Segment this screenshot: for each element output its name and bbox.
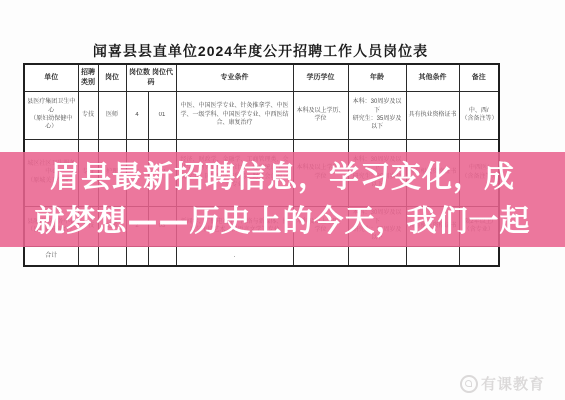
cell-empty — [406, 246, 459, 266]
header-note: 备注 — [459, 64, 499, 91]
header-other: 其他条件 — [406, 64, 459, 91]
table-total-row: 合计 . — [24, 246, 499, 266]
header-unit: 单位 — [24, 64, 78, 91]
promo-banner: 眉县最新招聘信息，学习变化，成 就梦想——历史上的今天，我们一起 — [0, 152, 565, 247]
watermark-logo-icon — [460, 375, 478, 393]
banner-text-line2: 就梦想——历史上的今天，我们一起 — [35, 200, 531, 244]
cell-empty — [348, 246, 406, 266]
banner-text-line1: 眉县最新招聘信息，学习变化，成 — [50, 156, 515, 200]
cell-empty — [293, 246, 348, 266]
cell-major: . — [176, 246, 293, 266]
cell-other: 具有执业资格证书 — [406, 91, 459, 139]
header-age: 年龄 — [348, 64, 406, 91]
cell-empty — [148, 246, 176, 266]
table-header-row: 单位 招聘 类别 岗位 岗位数 岗位代码 专业条件 学历学位 年龄 其他条件 备… — [24, 64, 499, 91]
cell-empty — [78, 246, 98, 266]
header-post: 岗位 — [98, 64, 126, 91]
table-row: 县医疗集团卫生中心 （原妇幼保健中心） 专技 医师 4 01 中医、中国医学专业… — [24, 91, 499, 139]
cell-age: 本科：30周岁及以下 研究生：35周岁及以下 — [348, 91, 406, 139]
cell-empty — [459, 246, 499, 266]
header-category: 招聘 类别 — [78, 64, 98, 91]
header-degree: 学历学位 — [293, 64, 348, 91]
header-major: 专业条件 — [176, 64, 293, 91]
cell-category: 专技 — [78, 91, 98, 139]
cell-post: 医师 — [98, 91, 126, 139]
cell-major: 中医、中国医学专业、针灸推拿学、中医学、一级学科、中国医学专业、中西医结合、康复… — [176, 91, 293, 139]
cell-note: 中、西/ （含备注等） — [459, 91, 499, 139]
watermark-text: 有课教育 — [481, 373, 545, 394]
cell-total-label: 合计 — [24, 246, 78, 266]
header-count-code: 岗位数 岗位代码 — [126, 64, 176, 91]
cell-unit: 县医疗集团卫生中心 （原妇幼保健中心） — [24, 91, 78, 139]
watermark: 有课教育 — [460, 373, 545, 394]
cell-degree: 本科及以上学历、学位 — [293, 91, 348, 139]
cell-empty — [98, 246, 126, 266]
cell-count: 4 — [126, 91, 148, 139]
page-title: 闻喜县县直单位2024年度公开招聘工作人员岗位表 — [23, 41, 498, 61]
cell-code: 01 — [148, 91, 176, 139]
cell-empty — [126, 246, 148, 266]
page: 闻喜县县直单位2024年度公开招聘工作人员岗位表 单位 招聘 类别 岗位 岗位数… — [0, 0, 565, 400]
